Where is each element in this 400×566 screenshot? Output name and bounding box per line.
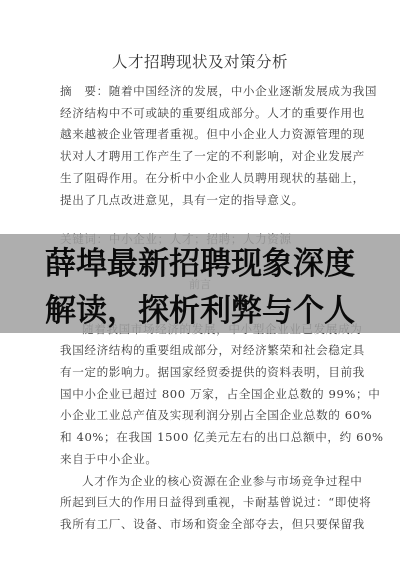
banner-title-line-1: 薛埠最新招聘现象深度 bbox=[0, 246, 400, 282]
document-title: 人才招聘现状及对策分析 bbox=[0, 50, 400, 72]
body-line: 有一定的影响力。据国家经贸委提供的资料表明，目前我 bbox=[60, 365, 345, 379]
abstract-line: 摘 要：随着中国经济的发展，中小企业逐渐发展成为我国 bbox=[60, 84, 345, 98]
body-line: 来自于中小企业。 bbox=[60, 452, 345, 466]
overlay-banner: 薛埠最新招聘现象深度 解读，探析利弊与个人 bbox=[0, 234, 400, 333]
document-page: 人才招聘现状及对策分析 摘 要：随着中国经济的发展，中小企业逐渐发展成为我国 经… bbox=[0, 0, 400, 566]
abstract-line: 状对人才聘用工作产生了一定的不利影响，对企业发展产 bbox=[60, 149, 345, 163]
abstract-line: 越来越被企业管理者重视。但中小企业人力资源管理的现 bbox=[60, 127, 345, 141]
body-line: 国中小企业已超过 800 万家，占全国企业总数的 99%；中 bbox=[60, 387, 345, 401]
body-line: 所起到巨大的作用日益得到重视，卡耐基曾说过：“即使将 bbox=[60, 495, 345, 509]
body-line: 小企业工业总产值及实现利润分别占全国企业总数的 60% bbox=[60, 408, 345, 422]
banner-title-line-2: 解读，探析利弊与个人 bbox=[0, 293, 400, 329]
abstract-line: 生了阻碍作用。在分析中小企业人员聘用现状的基础上， bbox=[60, 171, 345, 185]
abstract-line: 提出了几点改进意见，具有一定的指导意义。 bbox=[60, 193, 345, 207]
body-line: 人才作为企业的核心资源在企业参与市场竞争过程中 bbox=[82, 474, 367, 488]
body-line: 我国经济结构的重要组成部分，对经济繁荣和社会稳定具 bbox=[60, 343, 345, 357]
body-line: 和 40%；在我国 1500 亿美元左右的出口总额中，约 60% bbox=[60, 430, 345, 444]
abstract-line: 经济结构中不可或缺的重要组成部分。人才的重要作用也 bbox=[60, 106, 345, 120]
body-line: 我所有工厂、设备、市场和资金全部夺去，但只要保留我 bbox=[60, 517, 345, 531]
